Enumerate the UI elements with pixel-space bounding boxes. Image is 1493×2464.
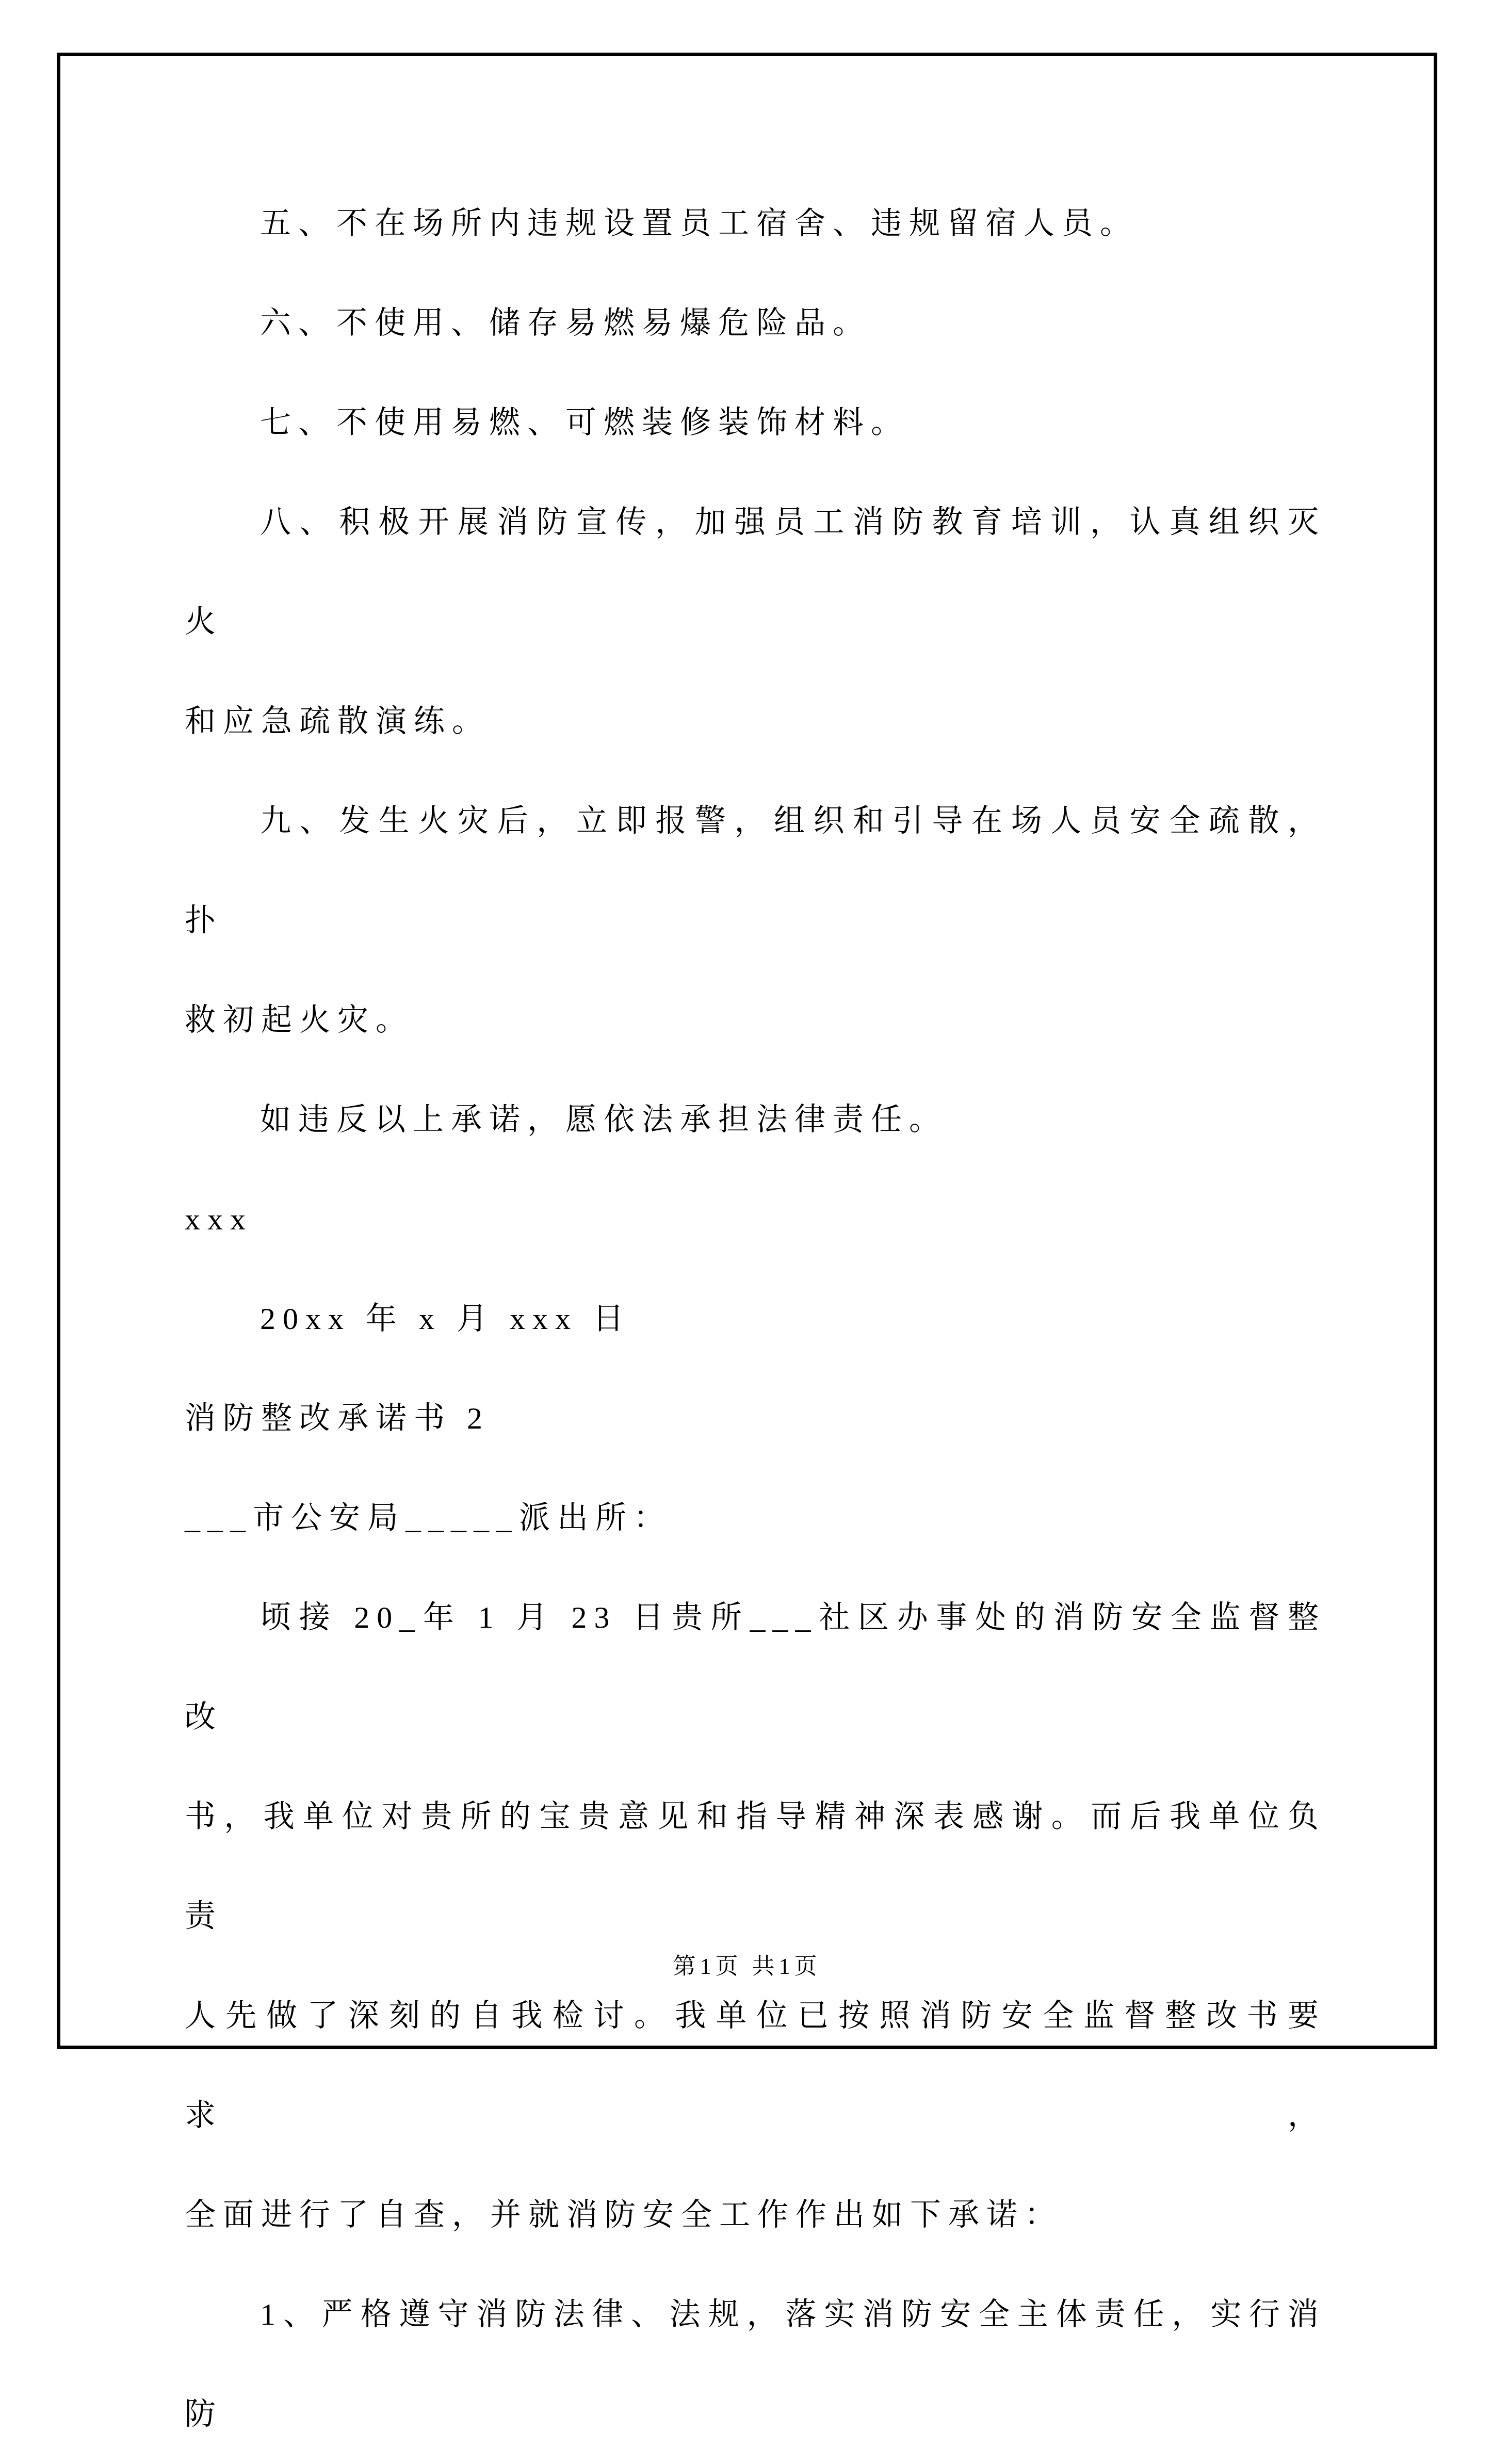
document-line: 救初起火灾。 (185, 970, 1326, 1070)
document-line: 七、不使用易燃、可燃装修装饰材料。 (185, 373, 1326, 473)
document-line: 五、不在场所内违规设置员工宿舍、违规留宿人员。 (185, 174, 1326, 273)
addressee-line: ___市公安局_____派出所： (185, 1468, 1326, 1568)
document-body: 五、不在场所内违规设置员工宿舍、违规留宿人员。 六、不使用、储存易燃易爆危险品。… (185, 174, 1326, 2112)
page-number: 第1页 共1页 (673, 1954, 821, 1979)
document-line: 顷接 20_年 1 月 23 日贵所___社区办事处的消防安全监督整改 (185, 1568, 1326, 1767)
signature-line: xxx (185, 1170, 1326, 1269)
section-title: 消防整改承诺书 2 (185, 1369, 1326, 1468)
document-line: 书，我单位对贵所的宝贵意见和指导精神深表感谢。而后我单位负责 (185, 1767, 1326, 1966)
document-line: 九、发生火灾后，立即报警，组织和引导在场人员安全疏散，扑 (185, 771, 1326, 970)
document-page: 五、不在场所内违规设置员工宿舍、违规留宿人员。 六、不使用、储存易燃易爆危险品。… (57, 53, 1437, 2049)
document-line: 六、不使用、储存易燃易爆危险品。 (185, 273, 1326, 373)
date-line: 20xx 年 x 月 xxx 日 (185, 1269, 1326, 1369)
document-line: 如违反以上承诺，愿依法承担法律责任。 (185, 1070, 1326, 1170)
page-footer: 第1页 共1页 (60, 1951, 1434, 1982)
document-line: 和应急疏散演练。 (185, 672, 1326, 771)
document-line: 人先做了深刻的自我检讨。我单位已按照消防安全监督整改书要求， (185, 1966, 1326, 2112)
document-line: 八、积极开展消防宣传，加强员工消防教育培训，认真组织灭火 (185, 473, 1326, 672)
